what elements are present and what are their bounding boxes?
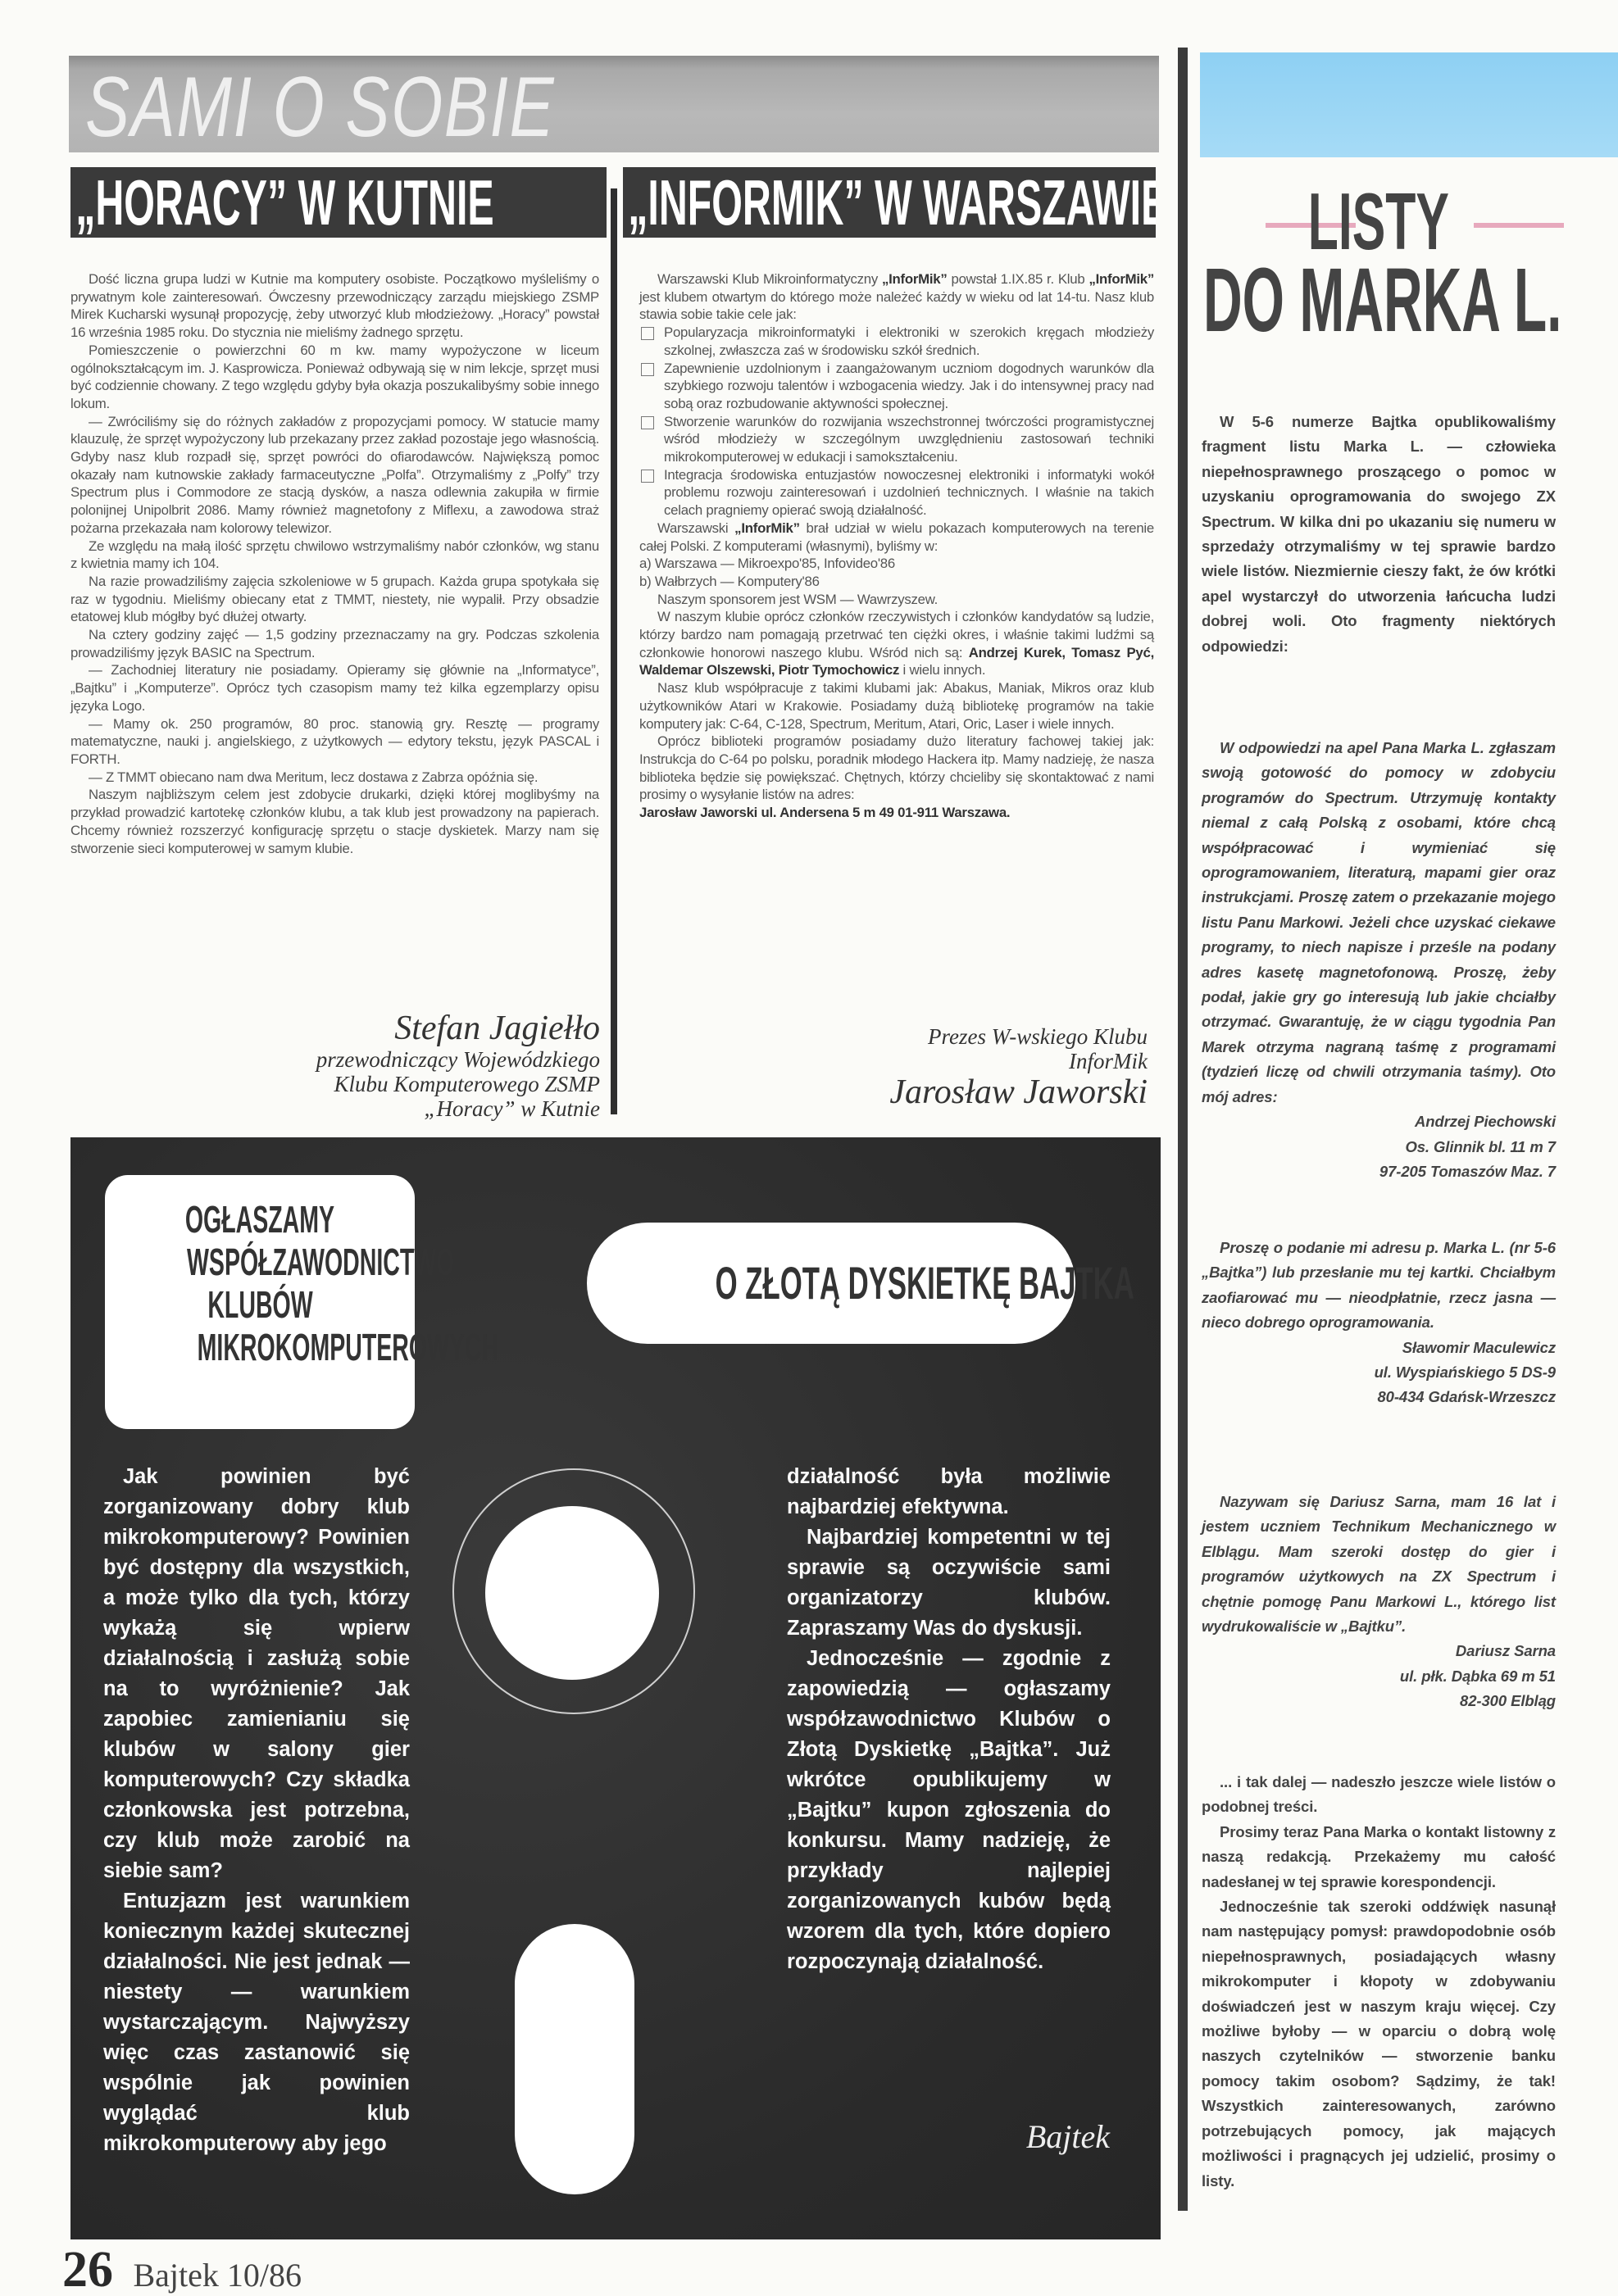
paragraph-library: Oprócz biblioteki programów posiadamy du…	[639, 733, 1154, 804]
paragraph-coop: Nasz klub współpracuje z takimi klubami …	[639, 679, 1154, 733]
section-title: SAMI O SOBIE	[85, 62, 555, 152]
paragraph: Jednocześnie — zgodnie z zapowiedzią — o…	[787, 1644, 1111, 1977]
paragraph: Prosimy teraz Pana Marka o kontakt listo…	[1202, 1820, 1556, 1894]
contest-signature: Bajtek	[984, 2117, 1110, 2156]
letter-address-line: 82-300 Elbląg	[1202, 1689, 1556, 1713]
contest-text-right: działalność była możliwie najbardziej ef…	[787, 1462, 1111, 1977]
paragraph: — Z TMMT obiecano nam dwa Meritum, lecz …	[70, 769, 599, 787]
checkbox-icon	[641, 363, 654, 376]
letter-1: W odpowiedzi na apel Pana Marka L. zgłas…	[1202, 736, 1556, 1184]
goals-list: Popularyzacja mikroinformatyki i elektro…	[639, 324, 1154, 520]
signature-role: „Horacy” w Kutnie	[246, 1096, 600, 1121]
paragraph: — Zwróciliśmy się do różnych zakładów z …	[70, 413, 599, 538]
letter-3: Nazywam się Dariusz Sarna, mam 16 lat i …	[1202, 1490, 1556, 1714]
decorative-blue-banner	[1200, 52, 1618, 157]
paragraph-members: W naszym klubie oprócz członków rzeczywi…	[639, 608, 1154, 679]
paragraph: Dość liczna grupa ludzi w Kutnie ma komp…	[70, 270, 599, 342]
club-name: „InforMik”	[734, 520, 800, 536]
pink-dash-right	[1474, 223, 1564, 228]
magazine-issue: Bajtek 10/86	[133, 2257, 302, 2294]
paragraph-intro: Warszawski Klub Mikroinformatyczny „Info…	[639, 270, 1154, 324]
event-item: a) Warszawa — Mikroexpo'85, Infovideo'86	[639, 555, 1154, 573]
signature-name: Stefan Jagiełło	[246, 1010, 600, 1047]
letter-address-line: Dariusz Sarna	[1202, 1639, 1556, 1663]
announcement-line: KLUBÓW	[105, 1283, 415, 1326]
event-item: b) Wałbrzych — Komputery'86	[639, 573, 1154, 591]
text: powstał 1.IX.85 r. Klub	[948, 271, 1089, 287]
paragraph: Naszym najbliższym celem jest zdobycie d…	[70, 786, 599, 857]
paragraph-sponsor: Naszym sponsorem jest WSM — Wawrzyszew.	[639, 591, 1154, 609]
paragraph: Pomieszczenie o powierzchni 60 m kw. mam…	[70, 342, 599, 413]
paragraph: — Zachodniej literatury nie posiadamy. O…	[70, 661, 599, 715]
paragraph: Jak powinien być zorganizowany dobry klu…	[103, 1462, 410, 1886]
goal-text: Integracja środowiska entuzjastów nowocz…	[664, 467, 1154, 518]
paragraph: Na cztery godziny zajęć — 1,5 godziny pr…	[70, 626, 599, 661]
letters-outro: ... i tak dalej — nadeszło jeszcze wiele…	[1202, 1770, 1556, 2194]
letter-text: Proszę o podanie mi adresu p. Marka L. (…	[1202, 1236, 1556, 1336]
announcement-line: MIKROKOMPUTEROWYCH	[105, 1326, 415, 1368]
letter-address-line: Os. Glinnik bl. 11 m 7	[1202, 1135, 1556, 1159]
letter-address-line: ul. Wyspiańskiego 5 DS-9	[1202, 1360, 1556, 1385]
paragraph: Najbardziej kompetentni w tej sprawie są…	[787, 1522, 1111, 1644]
goal-item: Popularyzacja mikroinformatyki i elektro…	[639, 324, 1154, 359]
signature-horacy: Stefan Jagiełło przewodniczący Wojewódzk…	[246, 1010, 600, 1121]
paragraph: — Mamy ok. 250 programów, 80 proc. stano…	[70, 715, 599, 769]
letter-address-line: 80-434 Gdańsk-Wrzeszcz	[1202, 1385, 1556, 1409]
contest-announcement-box: OGŁASZAMY WSPÓŁZAWODNICTWO KLUBÓW MIKROK…	[105, 1175, 415, 1429]
headline-horacy: „HORACY” W KUTNIE	[70, 167, 607, 238]
paragraph: Entuzjazm jest warunkiem koniecznym każd…	[103, 1886, 410, 2159]
goal-item: Stworzenie warunków do rozwijania wszech…	[639, 413, 1154, 466]
letters-title-line2: DO MARKA L.	[1198, 256, 1616, 346]
letter-address-line: Sławomir Maculewicz	[1202, 1336, 1556, 1360]
title-text: DO MARKA L.	[1198, 256, 1562, 346]
article-informik-body: Warszawski Klub Mikroinformatyczny „Info…	[639, 270, 1154, 822]
text: Warszawski	[657, 520, 734, 536]
signature-role: InforMik	[738, 1049, 1148, 1073]
text: OGŁASZAMY	[185, 1198, 334, 1241]
letter-address-line: ul. płk. Dąbka 69 m 51	[1202, 1664, 1556, 1689]
signature-name: Jarosław Jaworski	[738, 1073, 1148, 1111]
paragraph: działalność była możliwie najbardziej ef…	[787, 1462, 1111, 1522]
goal-text: Popularyzacja mikroinformatyki i elektro…	[664, 324, 1154, 358]
text: i wielu innych.	[899, 662, 985, 678]
signature-role: przewodniczący Wojewódzkiego	[246, 1047, 600, 1072]
signature-role: Klubu Komputerowego ZSMP	[246, 1072, 600, 1096]
article-horacy-body: Dość liczna grupa ludzi w Kutnie ma komp…	[70, 270, 599, 857]
club-name: „InforMik”	[1089, 271, 1154, 287]
goal-item: Integracja środowiska entuzjastów nowocz…	[639, 466, 1154, 520]
club-name: „InforMik”	[882, 271, 948, 287]
goal-item: Zapewnienie uzdolnionym i zaangażowanym …	[639, 360, 1154, 413]
contest-name: O ZŁOTĄ DYSKIETKĘ BAJTKA	[716, 1223, 1134, 1344]
paragraph: ... i tak dalej — nadeszło jeszcze wiele…	[1202, 1770, 1556, 1820]
page-number: 26	[62, 2242, 113, 2296]
page-footer: 26 Bajtek 10/86	[62, 2244, 302, 2296]
floppy-disk-hub-icon	[485, 1506, 659, 1680]
letter-address-line: Andrzej Piechowski	[1202, 1109, 1556, 1134]
checkbox-icon	[641, 470, 654, 483]
floppy-disk-slot-icon	[515, 1924, 634, 2194]
contest-text-left: Jak powinien być zorganizowany dobry klu…	[103, 1462, 410, 2159]
paragraph: Na razie prowadziliśmy zajęcia szkolenio…	[70, 573, 599, 626]
goal-text: Zapewnienie uzdolnionym i zaangażowanym …	[664, 361, 1154, 411]
text: jest klubem otwartym do którego może nal…	[639, 289, 1154, 323]
letter-text: W odpowiedzi na apel Pana Marka L. zgłas…	[1202, 736, 1556, 1109]
contact-address: Jarosław Jaworski ul. Andersena 5 m 49 0…	[639, 804, 1154, 822]
signature-informik: Prezes W-wskiego Klubu InforMik Jarosław…	[738, 1024, 1148, 1111]
column-divider-right	[1178, 48, 1188, 2211]
headline-horacy-text: „HORACY” W KUTNIE	[70, 167, 494, 238]
headline-informik-text: „INFORMIK” W WARSZAWIE	[623, 167, 1156, 238]
section-banner: SAMI O SOBIE	[69, 56, 1159, 152]
contest-name-box: O ZŁOTĄ DYSKIETKĘ BAJTKA	[587, 1223, 1075, 1344]
letter-address-line: 97-205 Tomaszów Maz. 7	[1202, 1159, 1556, 1184]
letters-intro: W 5-6 numerze Bajtka opublikowaliśmy fra…	[1202, 410, 1556, 659]
text: KLUBÓW	[207, 1283, 312, 1326]
text: MIKROKOMPUTEROWYCH	[198, 1326, 499, 1368]
text: WSPÓŁZAWODNICTWO	[187, 1241, 454, 1283]
text: Warszawski Klub Mikroinformatyczny	[657, 271, 882, 287]
column-divider	[611, 188, 617, 1114]
letter-2: Proszę o podanie mi adresu p. Marka L. (…	[1202, 1236, 1556, 1410]
checkbox-icon	[641, 327, 654, 340]
headline-informik: „INFORMIK” W WARSZAWIE	[623, 167, 1156, 238]
paragraph: W 5-6 numerze Bajtka opublikowaliśmy fra…	[1202, 410, 1556, 659]
announcement-line: WSPÓŁZAWODNICTWO	[105, 1241, 415, 1283]
signature-role: Prezes W-wskiego Klubu	[738, 1024, 1148, 1049]
goal-text: Stworzenie warunków do rozwijania wszech…	[664, 414, 1154, 465]
paragraph: Ze względu na małą ilość sprzętu chwilow…	[70, 538, 599, 573]
paragraph: Jednocześnie tak szeroki oddźwięk nasuną…	[1202, 1894, 1556, 2194]
announcement-line: OGŁASZAMY	[105, 1198, 415, 1241]
letter-text: Nazywam się Dariusz Sarna, mam 16 lat i …	[1202, 1490, 1556, 1639]
checkbox-icon	[641, 416, 654, 429]
paragraph-shows: Warszawski „InforMik” brał udział w wiel…	[639, 520, 1154, 555]
